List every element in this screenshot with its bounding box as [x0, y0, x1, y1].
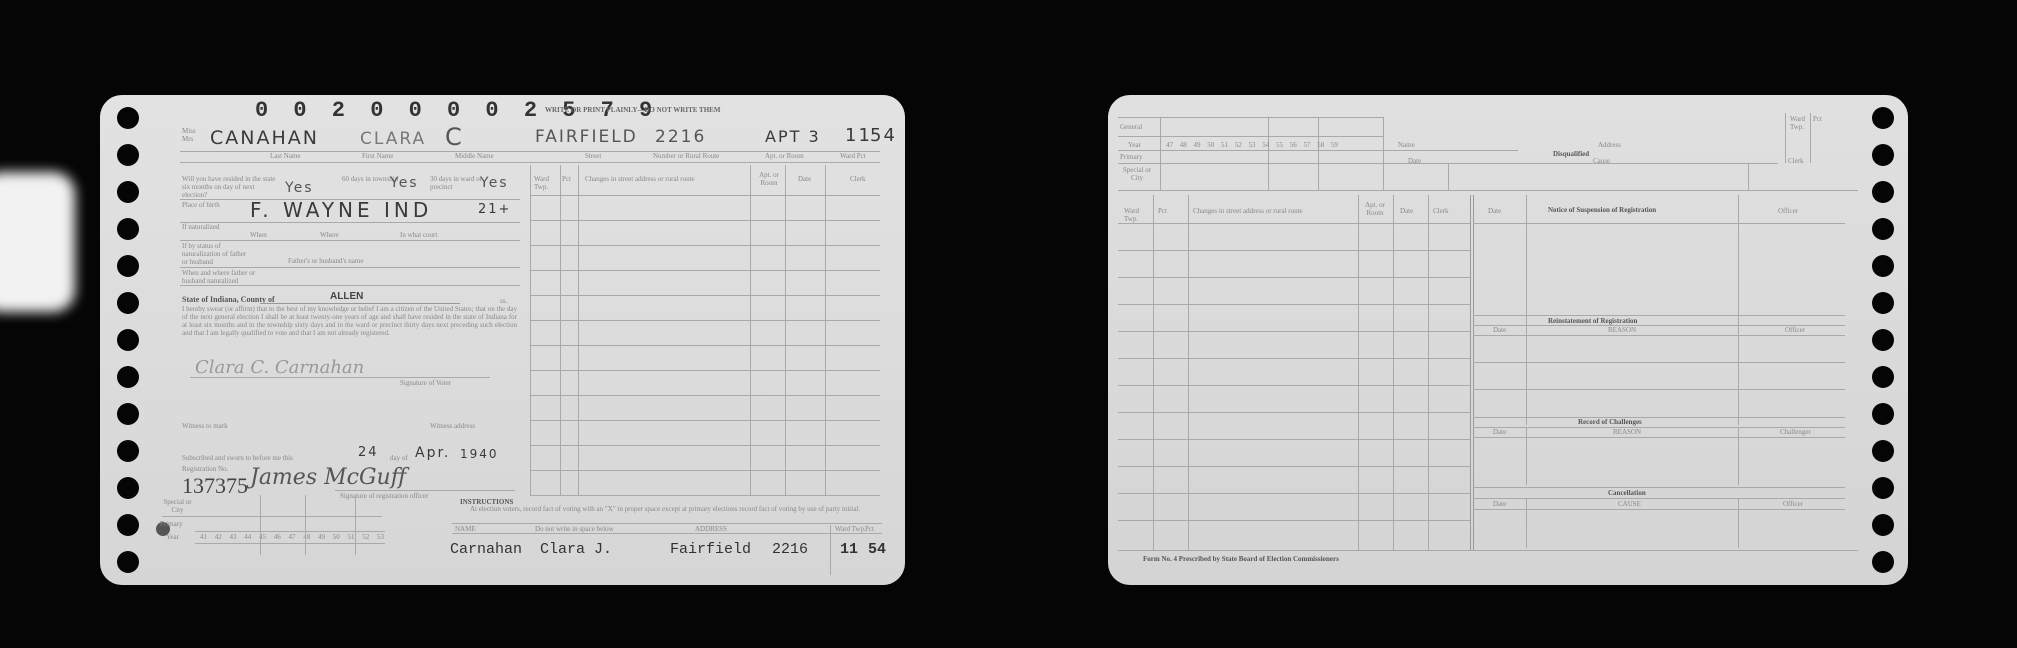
grid-years: 41 42 43 44 45 46 47 48 49 50 51 52 53	[200, 533, 384, 541]
instructions-text: At election voters, record fact of votin…	[470, 505, 880, 513]
last-name-value: CANAHAN	[210, 127, 319, 149]
punch-hole	[117, 218, 139, 240]
subscribed-month: Apr.	[415, 445, 450, 461]
punch-hole	[117, 551, 139, 573]
label-ward-twp: Ward Twp.	[1790, 115, 1810, 131]
officer-signature: James McGuff	[250, 465, 406, 490]
table-header-date: Date	[798, 175, 811, 183]
resided-answer: Yes	[285, 180, 314, 196]
table-header-pct: Pct	[562, 175, 571, 183]
oath-county-value: ALLEN	[330, 291, 363, 302]
suspension-header-officer: Officer	[1778, 207, 1798, 215]
label-witness-address: Witness address	[430, 422, 475, 430]
oath-text: I hereby swear (or affirm) that to the b…	[182, 305, 517, 337]
label-address: ADDRESS	[695, 525, 727, 533]
registration-card-back: General Year Primary Special or City 47 …	[1108, 95, 1908, 585]
label-first-name: First Name	[362, 152, 393, 160]
punch-hole	[117, 181, 139, 203]
label-middle-name: Middle Name	[455, 152, 494, 160]
label-registration-no: Registration No.	[182, 465, 228, 473]
label-place-of-birth: Place of birth	[182, 201, 222, 209]
township-answer: Yes	[390, 175, 419, 191]
registration-card-front: 0 0 2 0 0 0 0 2 5 7 9 WRITE OR PRINT PLA…	[100, 95, 905, 585]
punch-hole	[1872, 366, 1894, 388]
grid-label-year: Year	[1128, 141, 1141, 149]
label-name: NAME	[455, 525, 476, 533]
typed-ward: 11	[840, 541, 858, 558]
punch-hole	[117, 255, 139, 277]
cancellation-header-officer: Officer	[1783, 500, 1803, 508]
grid-label-general: General	[1120, 123, 1142, 131]
challenges-header-date: Date	[1493, 428, 1506, 436]
changes-header-apt: Apt. or Room	[1362, 201, 1388, 217]
label-pct-bottom: Pct	[865, 525, 874, 533]
punch-hole	[117, 144, 139, 166]
subscribed-day: 24	[358, 445, 379, 460]
label-name: Name	[1398, 141, 1415, 149]
first-name-value: CLARA	[360, 129, 426, 149]
changes-header-clerk: Clerk	[1433, 207, 1449, 215]
subscribed-year: 1940	[460, 447, 499, 461]
changes-header-date: Date	[1400, 207, 1413, 215]
label-subscribed: Subscribed and sworn to before me this	[182, 454, 293, 462]
punch-hole	[1872, 255, 1894, 277]
punch-hole	[1872, 181, 1894, 203]
label-address: Address	[1598, 141, 1621, 149]
suspension-header-notice: Notice of Suspension of Registration	[1548, 206, 1656, 214]
punch-hole	[1872, 514, 1894, 536]
header-notice: WRITE OR PRINT PLAINLY—DO NOT WRITE THEM	[545, 106, 720, 114]
label-court: In what court	[400, 231, 437, 239]
oath-ss: ss.	[500, 297, 507, 305]
apt-value: APT 3	[765, 127, 821, 146]
label-father-name: Father's or husband's name	[288, 257, 363, 265]
disqualified-title: Disqualified	[1553, 150, 1589, 158]
place-of-birth-value: F. WAYNE IND	[250, 198, 432, 222]
disqualified-clerk: Clerk	[1788, 157, 1804, 165]
disqualified-date: Date	[1408, 157, 1421, 165]
punch-hole	[117, 366, 139, 388]
punch-hole	[117, 477, 139, 499]
cancellation-header-date: Date	[1493, 500, 1506, 508]
typed-last-name: Carnahan	[450, 541, 522, 558]
changes-header-ward: Ward Twp.	[1124, 207, 1144, 223]
punch-hole	[117, 440, 139, 462]
typed-number: 2216	[772, 541, 808, 558]
reinstatement-header-reason: REASON	[1608, 326, 1636, 334]
cancellation-header-cause: CAUSE	[1618, 500, 1641, 508]
label-where: Where	[320, 231, 339, 239]
grid-label-special: Special or City	[160, 498, 195, 514]
form-footer: Form No. 4 Prescribed by State Board of …	[1143, 555, 1339, 563]
punch-hole	[117, 329, 139, 351]
suspension-header-date: Date	[1488, 207, 1501, 215]
punch-hole	[1872, 551, 1894, 573]
table-header-clerk: Clerk	[850, 175, 866, 183]
label-officer-signature: Signature of registration officer	[340, 492, 428, 500]
label-signature-voter: Signature of Voter	[400, 379, 451, 387]
label-when-where: When and where father or husband natural…	[182, 269, 277, 285]
typed-street: Fairfield	[670, 541, 751, 558]
label-when: When	[250, 231, 267, 239]
changes-header-pct: Pct	[1158, 207, 1167, 215]
label-witness-mark: Witness to mark	[182, 422, 228, 430]
grid-label-special: Special or City	[1122, 166, 1152, 182]
label-ward-twp-bottom: Ward Twp.	[835, 525, 866, 533]
reinstatement-title: Reinstatement of Registration	[1548, 317, 1637, 325]
punch-hole	[1872, 440, 1894, 462]
punch-hole	[1872, 144, 1894, 166]
pct-value: 54	[870, 125, 897, 146]
typed-first-name: Clara J.	[540, 541, 612, 558]
label-pct: Pct	[1813, 115, 1822, 123]
punch-hole	[1872, 329, 1894, 351]
street-value: FAIRFIELD	[535, 127, 638, 147]
label-number-route: Number or Rural Route	[653, 152, 719, 160]
punch-hole	[1872, 292, 1894, 314]
grid-label-year: Year	[166, 533, 179, 541]
punch-hole	[1872, 477, 1894, 499]
label-no-write: Do not write in space below	[535, 525, 614, 533]
title-prefix: Miss Mrs	[182, 127, 202, 143]
table-header-apt: Apt. or Room	[755, 171, 783, 187]
label-father-husband: If by status of naturalization of father…	[182, 242, 252, 266]
label-apt-room: Apt. or Room	[765, 152, 804, 160]
cancellation-title: Cancellation	[1608, 489, 1646, 497]
table-header-changes: Changes in street address or rural route	[585, 175, 695, 183]
changes-header-changes: Changes in street address or rural route	[1193, 207, 1303, 215]
middle-initial-value: C	[445, 123, 464, 151]
label-day-of: day of	[390, 454, 408, 462]
birth-extra-value: 21+	[478, 202, 511, 217]
label-street: Street	[585, 152, 601, 160]
grid-label-primary: Primary	[160, 520, 183, 528]
challenges-title: Record of Challenges	[1578, 418, 1642, 426]
label-last-name: Last Name	[270, 152, 301, 160]
ward-value: 11	[845, 125, 872, 146]
label-naturalized: If naturalized	[182, 223, 227, 231]
punch-hole	[117, 107, 139, 129]
house-number-value: 2216	[655, 127, 706, 147]
punch-hole	[117, 292, 139, 314]
punch-hole	[1872, 107, 1894, 129]
typed-pct: 54	[868, 541, 886, 558]
punch-hole	[117, 403, 139, 425]
punch-hole	[1872, 218, 1894, 240]
label-resided-question: Will you have resided in the state six m…	[182, 175, 277, 199]
grid-years: 47 48 49 50 51 52 53 54 55 56 57 58 59	[1166, 141, 1338, 149]
disqualified-cause: Cause	[1593, 157, 1610, 165]
challenges-header-challenger: Challenger	[1780, 428, 1811, 436]
registration-number: 137375	[182, 473, 248, 499]
reinstatement-header-date: Date	[1493, 326, 1506, 334]
challenges-header-reason: REASON	[1613, 428, 1641, 436]
punch-hole	[117, 514, 139, 536]
reinstatement-header-officer: Officer	[1785, 326, 1805, 334]
grid-label-primary: Primary	[1120, 153, 1143, 161]
label-ward-pct: Ward Pct	[840, 152, 866, 160]
background-glare	[0, 172, 75, 312]
punch-hole	[1872, 403, 1894, 425]
voter-signature: Clara C. Carnahan	[195, 357, 364, 378]
ward-answer: Yes	[480, 175, 509, 191]
table-header-ward: Ward Twp.	[534, 175, 558, 191]
